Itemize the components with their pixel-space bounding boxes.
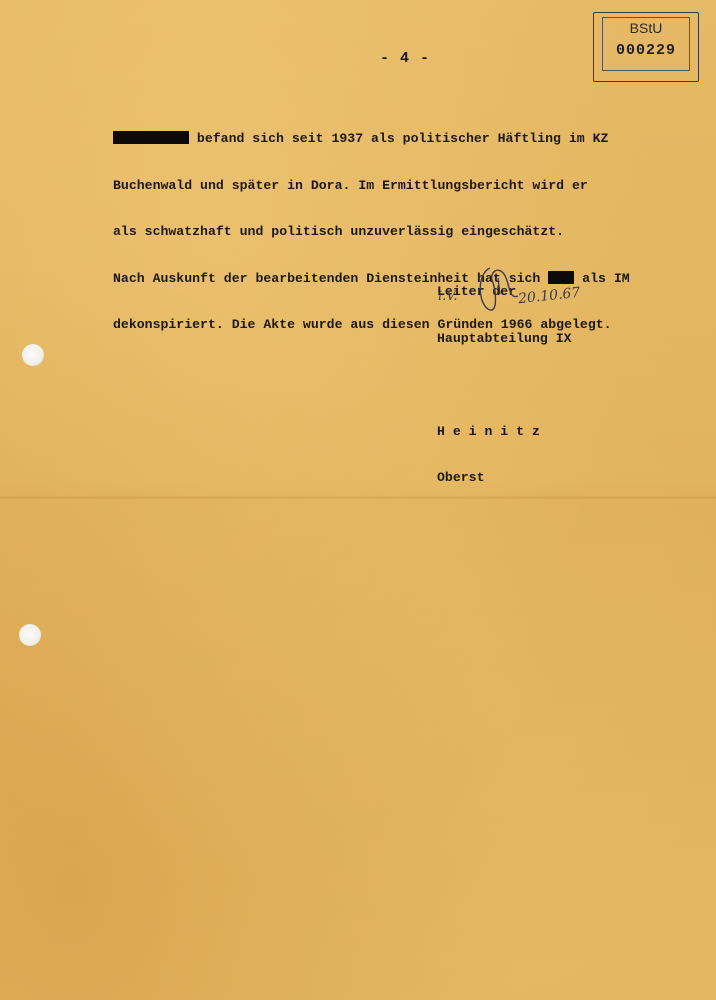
archive-stamp-title: BStU [603, 20, 689, 36]
handwritten-signature-icon [468, 260, 528, 320]
body-line-4: Nach Auskunft der bearbeitenden Dienstei… [113, 271, 703, 287]
document-page: BStU 000229 - 4 - befand sich seit 1937 … [0, 0, 716, 1000]
signature-title-2: Hauptabteilung IX [437, 331, 572, 347]
archive-stamp: BStU 000229 [593, 12, 699, 82]
paper-fold-line [0, 496, 716, 499]
archive-stamp-frame: BStU 000229 [602, 17, 690, 71]
redaction-bar [113, 131, 189, 144]
punch-hole [22, 344, 44, 366]
body-paragraph: befand sich seit 1937 als politischer Hä… [113, 100, 703, 364]
body-line-3: als schwatzhaft und politisch unzuverläs… [113, 224, 703, 240]
archive-stamp-number: 000229 [603, 42, 689, 59]
signature-rank: Oberst [437, 470, 572, 486]
handwritten-iv: i.V. [438, 289, 458, 304]
signature-name: H e i n i t z [437, 424, 572, 440]
page-number: - 4 - [380, 50, 430, 67]
body-line-2: Buchenwald und später in Dora. Im Ermitt… [113, 178, 703, 194]
signature-spacer [437, 377, 572, 393]
punch-hole [19, 624, 41, 646]
body-line-1: befand sich seit 1937 als politischer Hä… [113, 131, 703, 147]
body-line-5: dekonspiriert. Die Akte wurde aus diesen… [113, 317, 703, 333]
